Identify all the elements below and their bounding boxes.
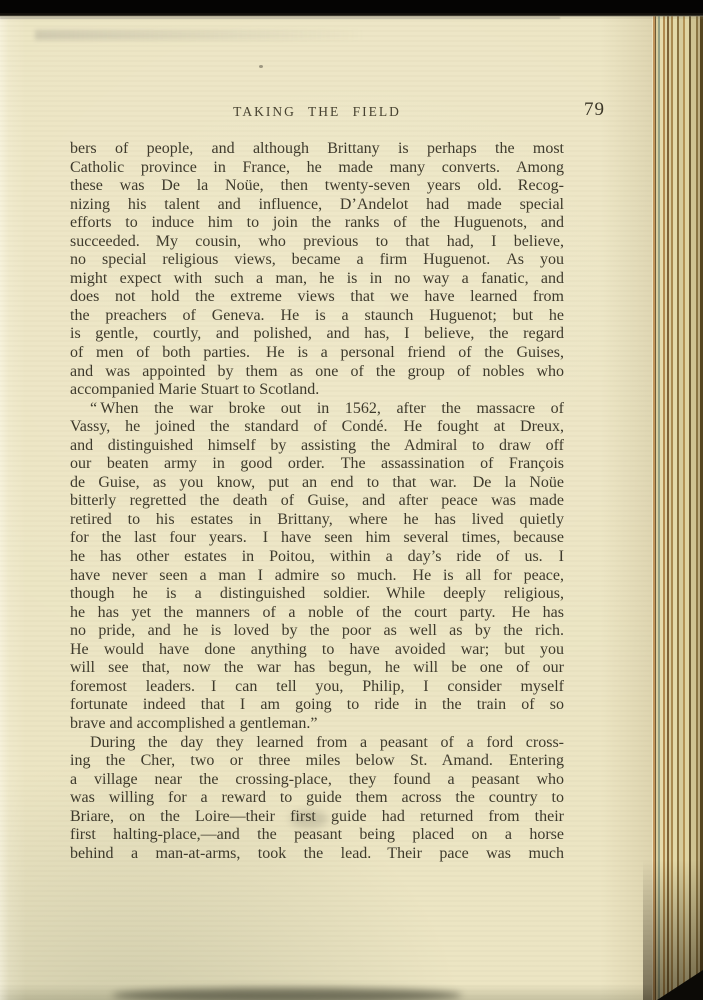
text-line: Catholic province in France, he made man… — [70, 159, 564, 178]
text-line: these was De la Noüe, then twenty-seven … — [70, 177, 564, 196]
text-line: a village near the crossing-place, they … — [70, 771, 564, 790]
text-line: bers of people, and although Brittany is… — [70, 140, 564, 159]
text-line: Vassy, he joined the standard of Condé. … — [70, 418, 564, 437]
text-line: brave and accomplished a gentleman.” — [70, 715, 564, 734]
text-line: he has other estates in Poitou, within a… — [70, 548, 564, 567]
text-line: is gentle, courtly, and polished, and ha… — [70, 325, 564, 344]
page-number: 79 — [584, 99, 605, 121]
text-line: bitterly regretted the death of Guise, a… — [70, 492, 564, 511]
text-line: succeeded. My cousin, who previous to th… — [70, 233, 564, 252]
text-line: will see that, now the war has begun, he… — [70, 659, 564, 678]
text-line: he has yet the manners of a noble of the… — [70, 604, 564, 623]
text-line: During the day they learned from a peasa… — [70, 734, 564, 753]
text-line: though he is a distinguished soldier. Wh… — [70, 585, 564, 604]
text-line: of men of both parties. He is a personal… — [70, 344, 564, 363]
text-line: accompanied Marie Stuart to Scotland. — [70, 381, 564, 400]
text-line: foremost leaders. I can tell you, Philip… — [70, 678, 564, 697]
text-line: retired to his estates in Brittany, wher… — [70, 511, 564, 530]
page-top-edge-line — [0, 17, 560, 19]
text-line: nizing his talent and influence, D’Andel… — [70, 196, 564, 215]
text-line: behind a man-at-arms, took the lead. The… — [70, 845, 564, 864]
text-line: have never seen a man I admire so much. … — [70, 567, 564, 586]
text-line: and was appointed by them as one of the … — [70, 363, 564, 382]
text-line: “ When the war broke out in 1562, after … — [70, 400, 564, 419]
text-line: was willing for a reward to guide them a… — [70, 789, 564, 808]
text-line: first halting-place,—and the peasant bei… — [70, 826, 564, 845]
text-line: does not hold the extreme views that we … — [70, 288, 564, 307]
book-page-scan: TAKING THE FIELD 79 bers of people, and … — [0, 0, 703, 1000]
running-title: TAKING THE FIELD — [70, 104, 564, 120]
text-line: Briare, on the Loire—their first guide h… — [70, 808, 564, 827]
text-line: for the last four years. I have seen him… — [70, 529, 564, 548]
scan-streak — [35, 30, 365, 40]
bottom-shadow — [112, 988, 462, 1000]
text-line: fortunate indeed that I am going to ride… — [70, 696, 564, 715]
text-line: He would have done anything to have avoi… — [70, 641, 564, 660]
body-text: bers of people, and although Brittany is… — [70, 140, 564, 863]
paper-speck — [259, 65, 263, 68]
book-fore-edge-pages — [652, 0, 703, 1000]
text-line: might expect with such a man, he is in n… — [70, 270, 564, 289]
text-line: efforts to induce him to join the ranks … — [70, 214, 564, 233]
text-line: the preachers of Geneva. He is a staunch… — [70, 307, 564, 326]
text-line: ing the Cher, two or three miles below S… — [70, 752, 564, 771]
text-line: our beaten army in good order. The assas… — [70, 455, 564, 474]
text-line: no pride, and he is loved by the poor as… — [70, 622, 564, 641]
text-line: no special religious views, became a fir… — [70, 251, 564, 270]
text-line: and distinguished himself by assisting t… — [70, 437, 564, 456]
text-line: de Guise, as you know, put an end to tha… — [70, 474, 564, 493]
